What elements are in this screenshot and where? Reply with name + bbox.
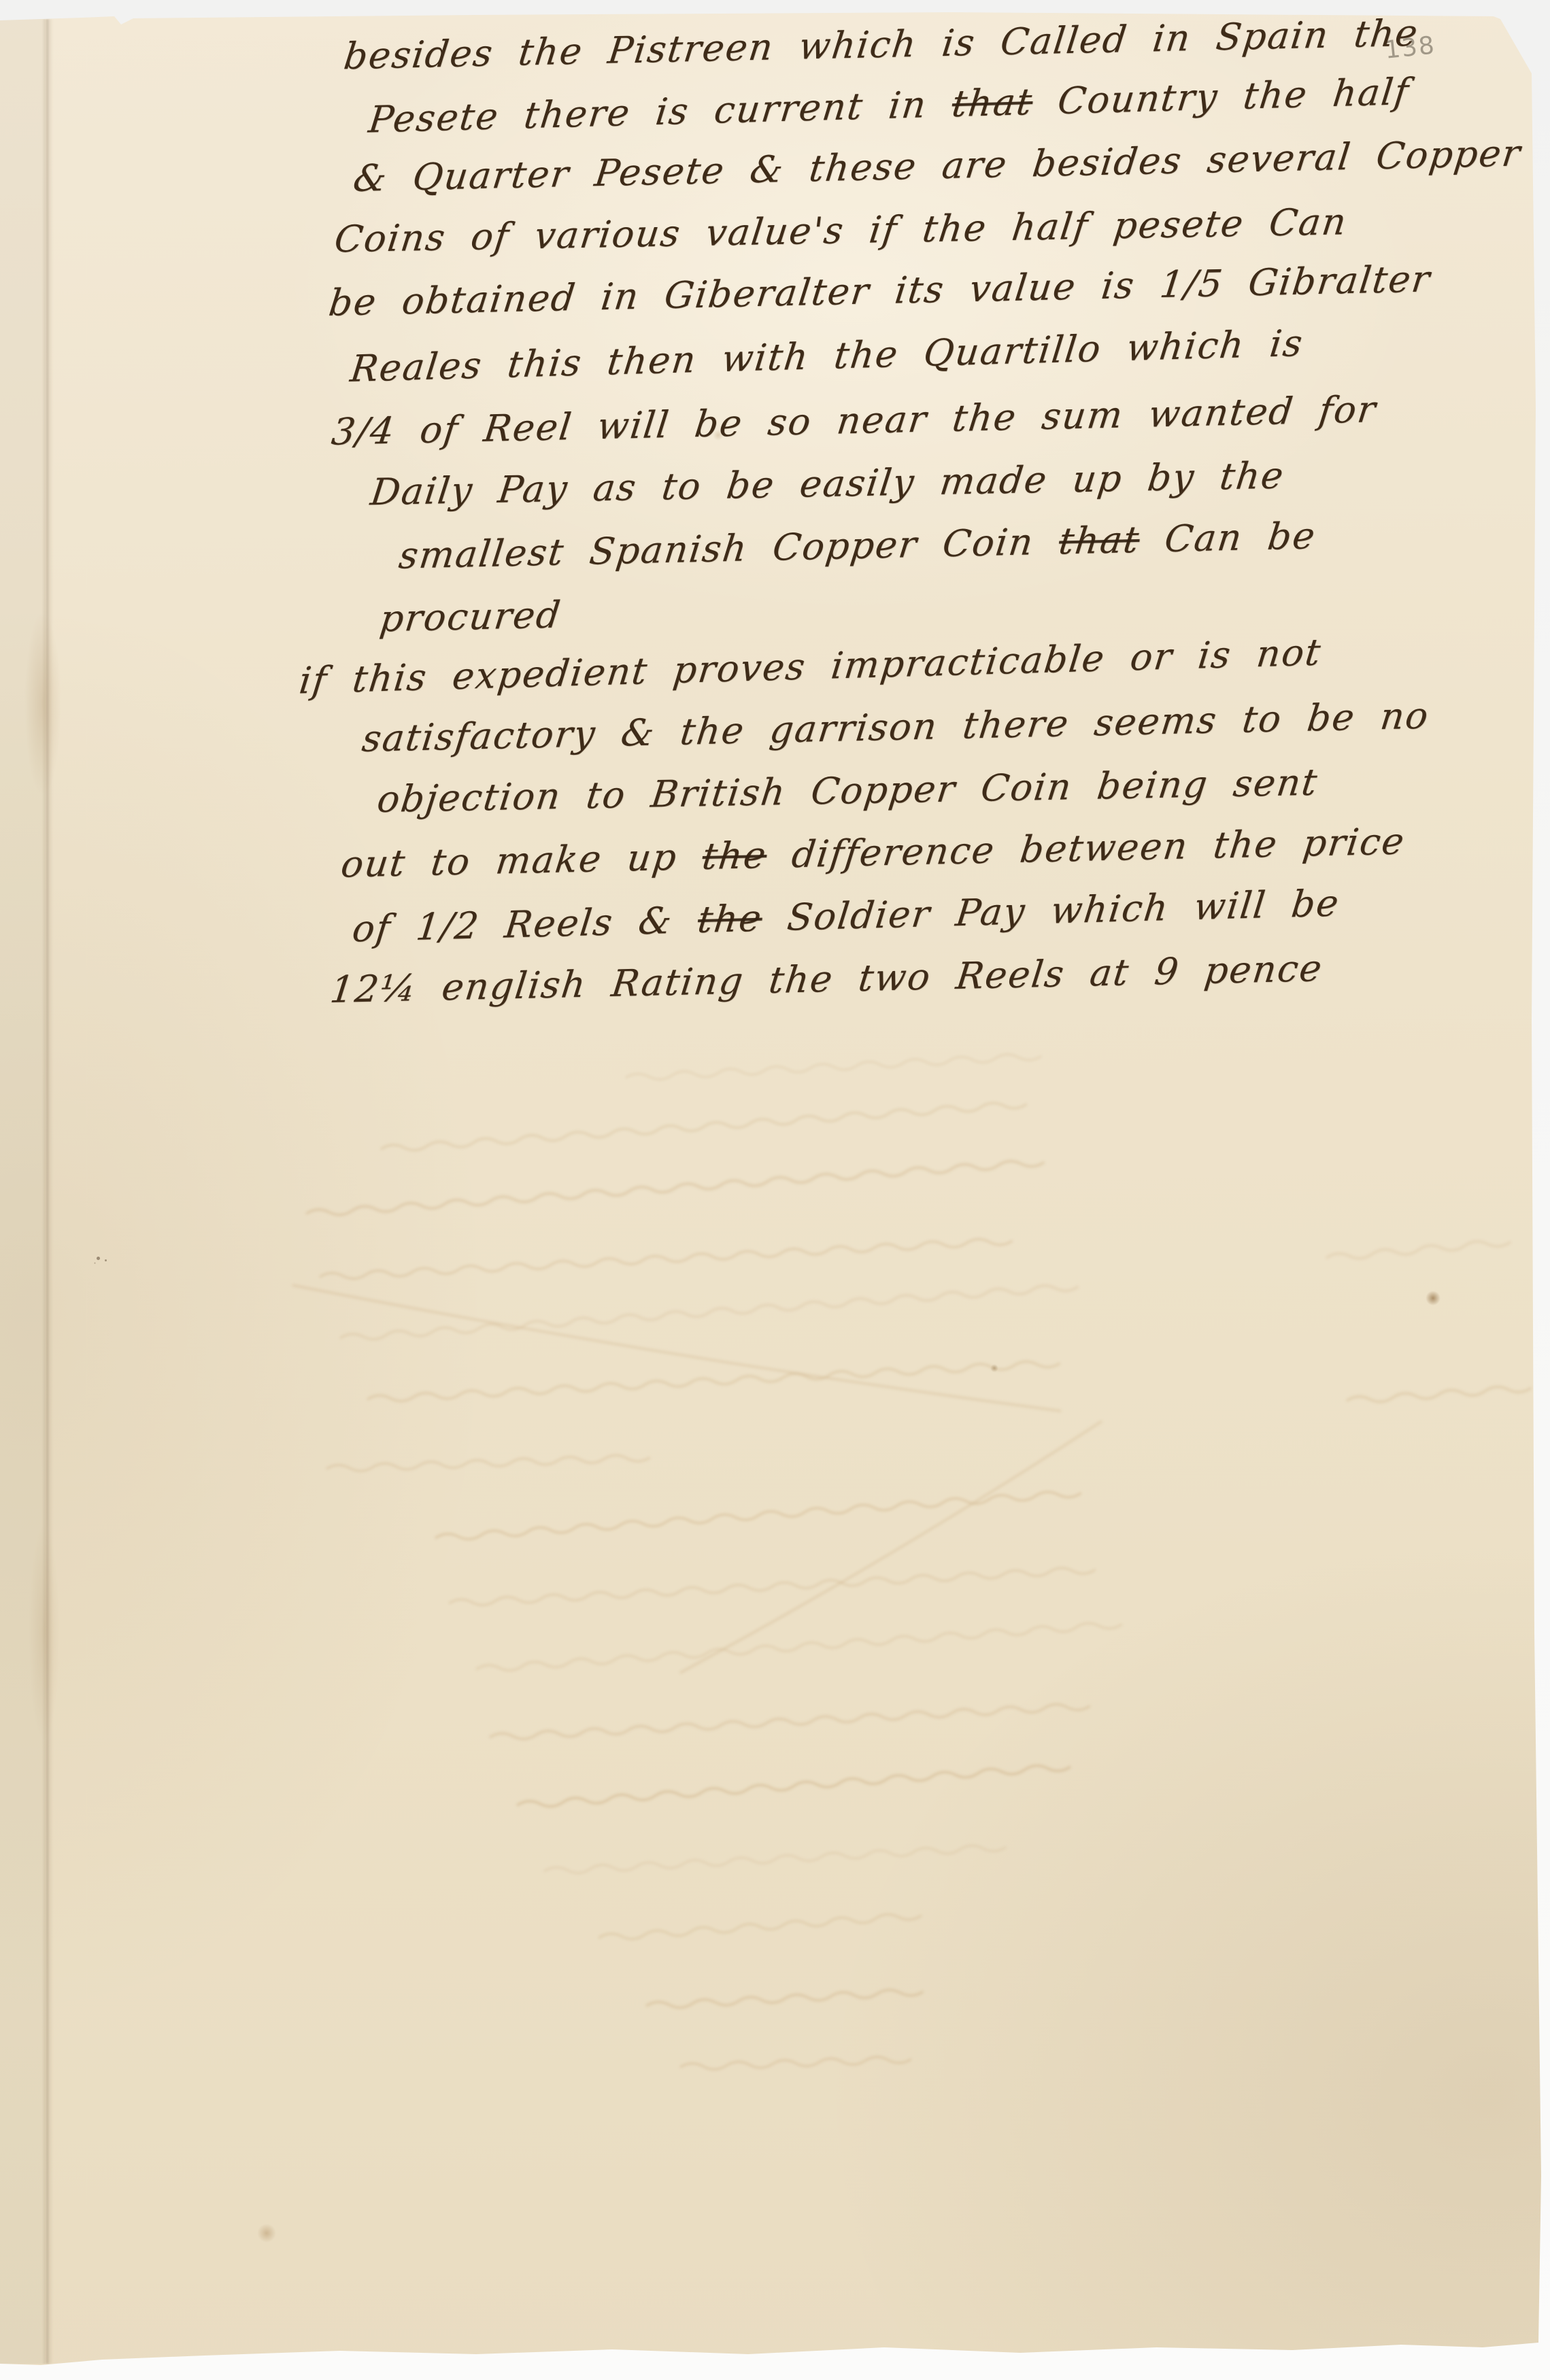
manuscript-page: 138 besides the Pistreen which is Called… — [0, 0, 1550, 2380]
manuscript-line: besides the Pistreen which is Called in … — [341, 12, 1421, 78]
struck-word: that — [1057, 518, 1143, 563]
paper-stain — [29, 1523, 60, 1741]
manuscript-segment: 3/4 of Reel will be so near the sum want… — [329, 388, 1379, 454]
manuscript-segment: Soldier Pay which will be — [760, 881, 1342, 939]
manuscript-line: 12¼ english Rating the two Reels at 9 pe… — [328, 947, 1325, 1011]
fold-left-strip — [0, 19, 45, 2364]
manuscript-segment: satisfactory & the garrison there seems … — [360, 694, 1432, 760]
manuscript-line: satisfactory & the garrison there seems … — [360, 694, 1432, 760]
manuscript-segment: of 1/2 Reels & — [350, 898, 701, 950]
manuscript-segment: out to make up — [339, 835, 705, 886]
manuscript-text: besides the Pistreen which is Called in … — [320, 1, 1550, 1035]
manuscript-line: objection to British Copper Coin being s… — [375, 761, 1320, 821]
struck-word: the — [696, 897, 765, 942]
foxing-spot — [990, 1364, 998, 1372]
foxing-spot — [257, 2224, 276, 2243]
manuscript-segment: & Quarter Pesete & these are besides sev… — [351, 131, 1523, 200]
manuscript-segment: besides the Pistreen which is Called in … — [341, 12, 1421, 78]
manuscript-segment: objection to British Copper Coin being s… — [375, 761, 1320, 821]
manuscript-line: Reales this then with the Quartillo whic… — [348, 322, 1306, 390]
photo-backdrop: 138 besides the Pistreen which is Called… — [0, 0, 1550, 2380]
manuscript-line: Coins of various value's if the half pes… — [332, 200, 1349, 260]
foxing-spot — [1426, 1291, 1441, 1306]
manuscript-line: out to make up the difference between th… — [339, 819, 1407, 885]
manuscript-segment: be obtained in Giberalter its value is 1… — [326, 257, 1433, 324]
manuscript-line: Pesete there is current in that Country … — [367, 70, 1412, 141]
manuscript-line: procured — [377, 593, 564, 640]
manuscript-segment: if this expedient proves impracticable o… — [297, 630, 1324, 702]
manuscript-line: smallest Spanish Copper Coin that Can be — [397, 514, 1318, 577]
fold-crease — [42, 19, 53, 2364]
manuscript-line: Daily Pay as to be easily made up by the — [368, 454, 1287, 513]
paper-stain — [24, 612, 61, 796]
manuscript-segment: Reales this then with the Quartillo whic… — [348, 322, 1306, 390]
manuscript-line: be obtained in Giberalter its value is 1… — [326, 257, 1433, 324]
manuscript-line: 3/4 of Reel will be so near the sum want… — [329, 388, 1379, 454]
manuscript-segment: difference between the price — [764, 819, 1408, 877]
struck-word: that — [949, 80, 1035, 125]
manuscript-segment: Can be — [1137, 514, 1319, 561]
manuscript-segment: Coins of various value's if the half pes… — [332, 200, 1349, 260]
struck-word: the — [700, 834, 769, 878]
stray-ink-dots — [97, 1257, 100, 1260]
manuscript-segment: Country the half — [1030, 70, 1412, 123]
manuscript-segment: Pesete there is current in — [367, 82, 955, 141]
manuscript-line: of 1/2 Reels & the Soldier Pay which wil… — [350, 881, 1342, 950]
manuscript-segment: smallest Spanish Copper Coin — [397, 520, 1062, 577]
manuscript-line: & Quarter Pesete & these are besides sev… — [351, 131, 1523, 200]
manuscript-line: if this expedient proves impracticable o… — [297, 630, 1324, 702]
manuscript-segment: 12¼ english Rating the two Reels at 9 pe… — [328, 947, 1325, 1011]
manuscript-segment: Daily Pay as to be easily made up by the — [368, 454, 1287, 513]
manuscript-segment: procured — [377, 593, 564, 640]
